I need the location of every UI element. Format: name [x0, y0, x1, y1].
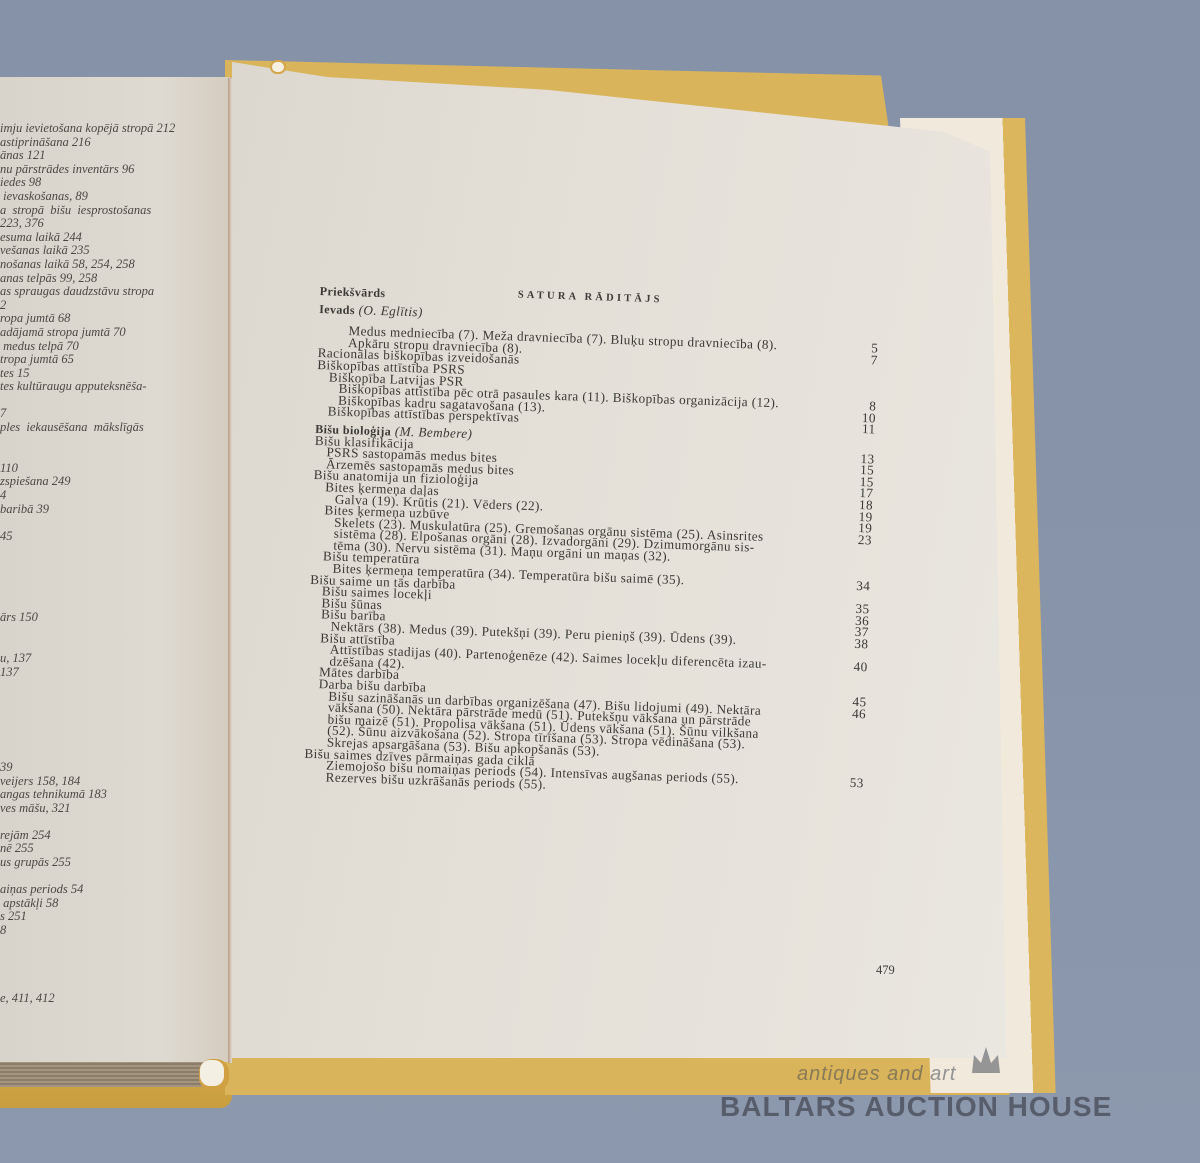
index-line: esuma laikā 244 [0, 231, 225, 245]
index-line: s 251 [0, 910, 225, 924]
watermark-brand: BALTARS AUCTION HOUSE [720, 1091, 1112, 1123]
index-line [0, 598, 225, 612]
index-text-column: imju ievietošana kopējā stropā 212astipr… [0, 122, 225, 1006]
index-line: aiņas periods 54 [0, 883, 225, 897]
index-line [0, 516, 225, 530]
watermark: antiques and art BALTARS AUCTION HOUSE [720, 1075, 1140, 1135]
toc-entry-page: 38 [854, 638, 868, 650]
index-line [0, 693, 225, 707]
index-line: ievaskošanas, 89 [0, 190, 225, 204]
toc-entry-page: 11 [862, 423, 876, 435]
index-line: ānas 121 [0, 149, 225, 163]
index-line: nošanas laikā 58, 254, 258 [0, 258, 225, 272]
index-line: angas tehnikumā 183 [0, 788, 225, 802]
index-line: 110 [0, 462, 225, 476]
toc-entry-page: 53 [850, 777, 864, 789]
index-line: tes kultūraugu apputeksnēša- [0, 380, 225, 394]
index-line [0, 679, 225, 693]
index-line: e, 411, 412 [0, 992, 225, 1006]
index-line [0, 584, 225, 598]
index-line: u, 137 [0, 652, 225, 666]
index-line [0, 639, 225, 653]
toc-entry-page: 34 [856, 580, 870, 592]
index-line: as spraugas daudzstāvu stropa [0, 285, 225, 299]
index-line [0, 938, 225, 952]
index-line [0, 734, 225, 748]
index-line: baribā 39 [0, 503, 225, 517]
toc-entry-title: Ievads [319, 304, 355, 317]
index-line: zspiešana 249 [0, 475, 225, 489]
index-line: 8 [0, 924, 225, 938]
index-line [0, 815, 225, 829]
index-line: 39 [0, 761, 225, 775]
index-line: adājamā stropa jumtā 70 [0, 326, 225, 340]
index-line [0, 394, 225, 408]
index-line: iedes 98 [0, 176, 225, 190]
index-line: veijers 158, 184 [0, 775, 225, 789]
index-line: imju ievietošana kopējā stropā 212 [0, 122, 225, 136]
toc-entry-author: (O. Eglītis) [358, 302, 423, 319]
index-line: nu pārstrādes inventārs 96 [0, 163, 225, 177]
crown-icon [970, 1045, 1002, 1077]
index-line [0, 435, 225, 449]
index-line [0, 707, 225, 721]
index-line: 223, 376 [0, 217, 225, 231]
toc-entry-page: 46 [852, 707, 866, 719]
index-line: ropa jumtā 68 [0, 312, 225, 326]
index-line: 2 [0, 299, 225, 313]
toc-entry-page: 40 [853, 661, 867, 673]
index-line [0, 557, 225, 571]
index-line: apstākļi 58 [0, 897, 225, 911]
index-line: ārs 150 [0, 611, 225, 625]
index-line: us grupās 255 [0, 856, 225, 870]
index-line: rejām 254 [0, 829, 225, 843]
book-gutter [228, 78, 232, 1063]
index-line [0, 978, 225, 992]
index-line: 7 [0, 407, 225, 421]
toc-entries: PriekšvārdsIevads (O. Eglītis)Medus medn… [304, 285, 880, 801]
index-line: medus telpā 70 [0, 340, 225, 354]
index-line: tes 15 [0, 367, 225, 381]
spine-headband [272, 62, 284, 72]
table-of-contents: SATURA RĀDITĀJS PriekšvārdsIevads (O. Eg… [304, 285, 880, 801]
index-line: astiprināšana 216 [0, 136, 225, 150]
toc-entry-page: 23 [858, 534, 872, 546]
index-line [0, 870, 225, 884]
index-line: 4 [0, 489, 225, 503]
index-line [0, 625, 225, 639]
index-line [0, 543, 225, 557]
left-page: imju ievietošana kopējā stropā 212astipr… [0, 77, 231, 1062]
index-line [0, 720, 225, 734]
index-line: nē 255 [0, 842, 225, 856]
index-line: 137 [0, 666, 225, 680]
index-line: anas telpās 99, 258 [0, 272, 225, 286]
index-line: a stropā bišu iesprostošanas [0, 204, 225, 218]
index-line [0, 951, 225, 965]
index-line [0, 965, 225, 979]
index-line [0, 747, 225, 761]
index-line: ples iekausēšana mākslīgās [0, 421, 225, 435]
index-line [0, 448, 225, 462]
page-number: 479 [876, 963, 895, 978]
spine-tailband [200, 1060, 224, 1086]
index-line: tropa jumtā 65 [0, 353, 225, 367]
index-line: 45 [0, 530, 225, 544]
index-line [0, 571, 225, 585]
watermark-subtitle: antiques and art [797, 1063, 956, 1086]
toc-entry-title: Biškopības attīstības perspektīvas [328, 406, 520, 424]
toc-entry-page: 7 [871, 354, 878, 366]
toc-entry-title: Priekšvārds [320, 286, 386, 300]
index-line: ves māšu, 321 [0, 802, 225, 816]
index-line: vešanas laikā 235 [0, 244, 225, 258]
